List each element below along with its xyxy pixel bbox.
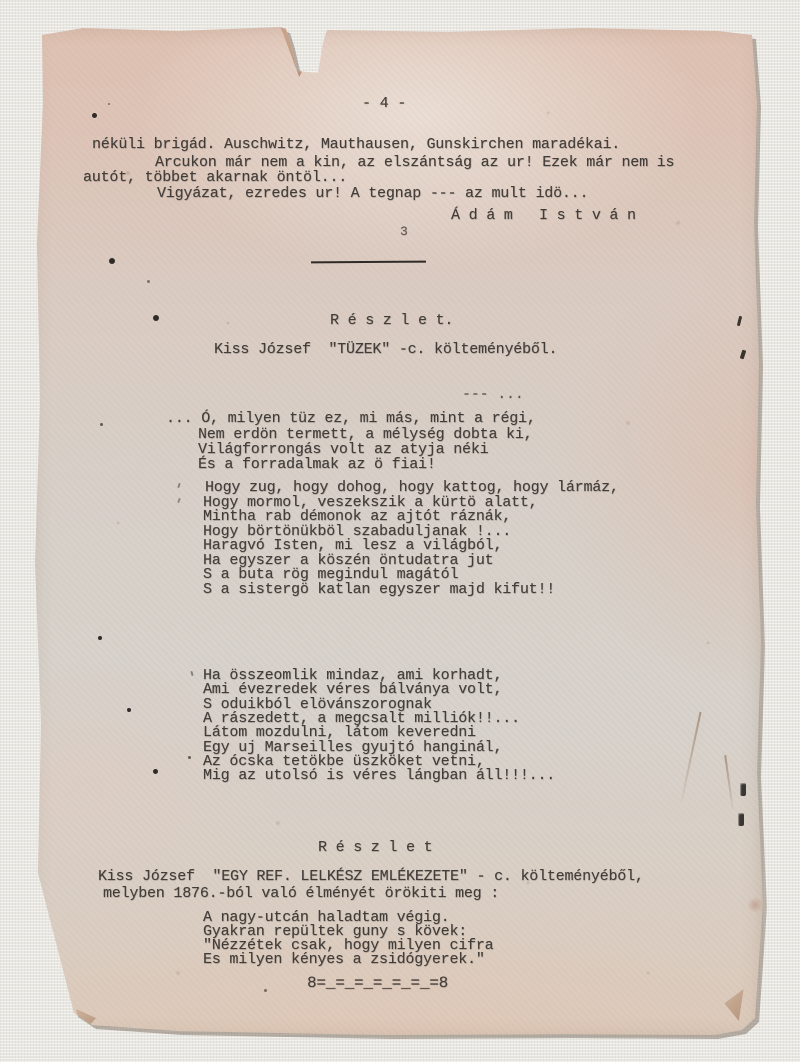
- staple-mark: [738, 813, 744, 826]
- bottom-left-corner-fold: [74, 1009, 96, 1035]
- document-page: - 4 - néküli brigád. Auschwitz, Mauthaus…: [28, 23, 765, 1042]
- poem-line: Mig az utolsó is véres lángban áll!!!...: [203, 768, 555, 784]
- stray-ink-mark: 3: [400, 224, 408, 240]
- ink-dot: [100, 423, 103, 426]
- ink-dot: [127, 708, 131, 712]
- ink-dot: [147, 280, 150, 283]
- right-edge-ink-mark: [737, 316, 742, 326]
- ink-dot: [98, 636, 102, 640]
- section2-subheading: melyben 1876.-ból való élményét örökiti …: [103, 886, 499, 902]
- intro-line: Vigyázat, ezredes ur! A tegnap --- az mu…: [157, 186, 588, 202]
- staple-mark: [740, 783, 746, 796]
- section1-heading: R é s z l e t.: [330, 313, 453, 329]
- section-divider-line: [311, 261, 426, 264]
- crease-line: [680, 712, 701, 802]
- crease-line: [724, 755, 733, 810]
- bottom-right-corner-fold: [722, 989, 746, 1021]
- scanner-background: - 4 - néküli brigád. Auschwitz, Mauthaus…: [0, 0, 800, 1062]
- poem-line: És a forradalmak az ö fiai!: [198, 457, 436, 473]
- poem-line: Es milyen kényes a zsidógyerek.": [203, 952, 485, 968]
- poem-line: S a sistergö katlan egyszer majd kifut!!: [203, 582, 555, 598]
- torn-fold-flap: [278, 25, 324, 79]
- section2-heading: R é s z l e t: [318, 840, 432, 856]
- right-edge-ink-mark: [740, 350, 747, 360]
- page-number: - 4 -: [362, 96, 406, 112]
- poem-line: ... Ó, milyen tüz ez, mi más, mint a rég…: [166, 411, 536, 427]
- section1-subheading: Kiss József "TÜZEK" -c. költeményéből.: [214, 342, 557, 358]
- ink-tick: [177, 483, 181, 488]
- ink-dot: [153, 769, 158, 774]
- ink-dot: [109, 258, 115, 264]
- ink-dot: [264, 989, 267, 992]
- ink-dot: [108, 103, 110, 105]
- ink-dot: [153, 315, 159, 321]
- end-divider-mark: 8=_=_=_=_=_=_=8: [307, 975, 448, 991]
- intro-line: néküli brigád. Auschwitz, Mauthausen, Gu…: [92, 137, 620, 153]
- ink-tick: [177, 498, 181, 503]
- section2-subheading: Kiss József "EGY REF. LELKÉSZ EMLÉKEZETE…: [98, 869, 644, 885]
- ink-dot: [92, 113, 97, 118]
- stanza-mark: --- ...: [462, 387, 524, 403]
- author-signature: Á d á m I s t v á n: [451, 208, 636, 224]
- intro-line: autót, többet akarnak öntöl...: [83, 170, 347, 186]
- ink-tick: [190, 671, 193, 676]
- ink-dot: [188, 756, 191, 759]
